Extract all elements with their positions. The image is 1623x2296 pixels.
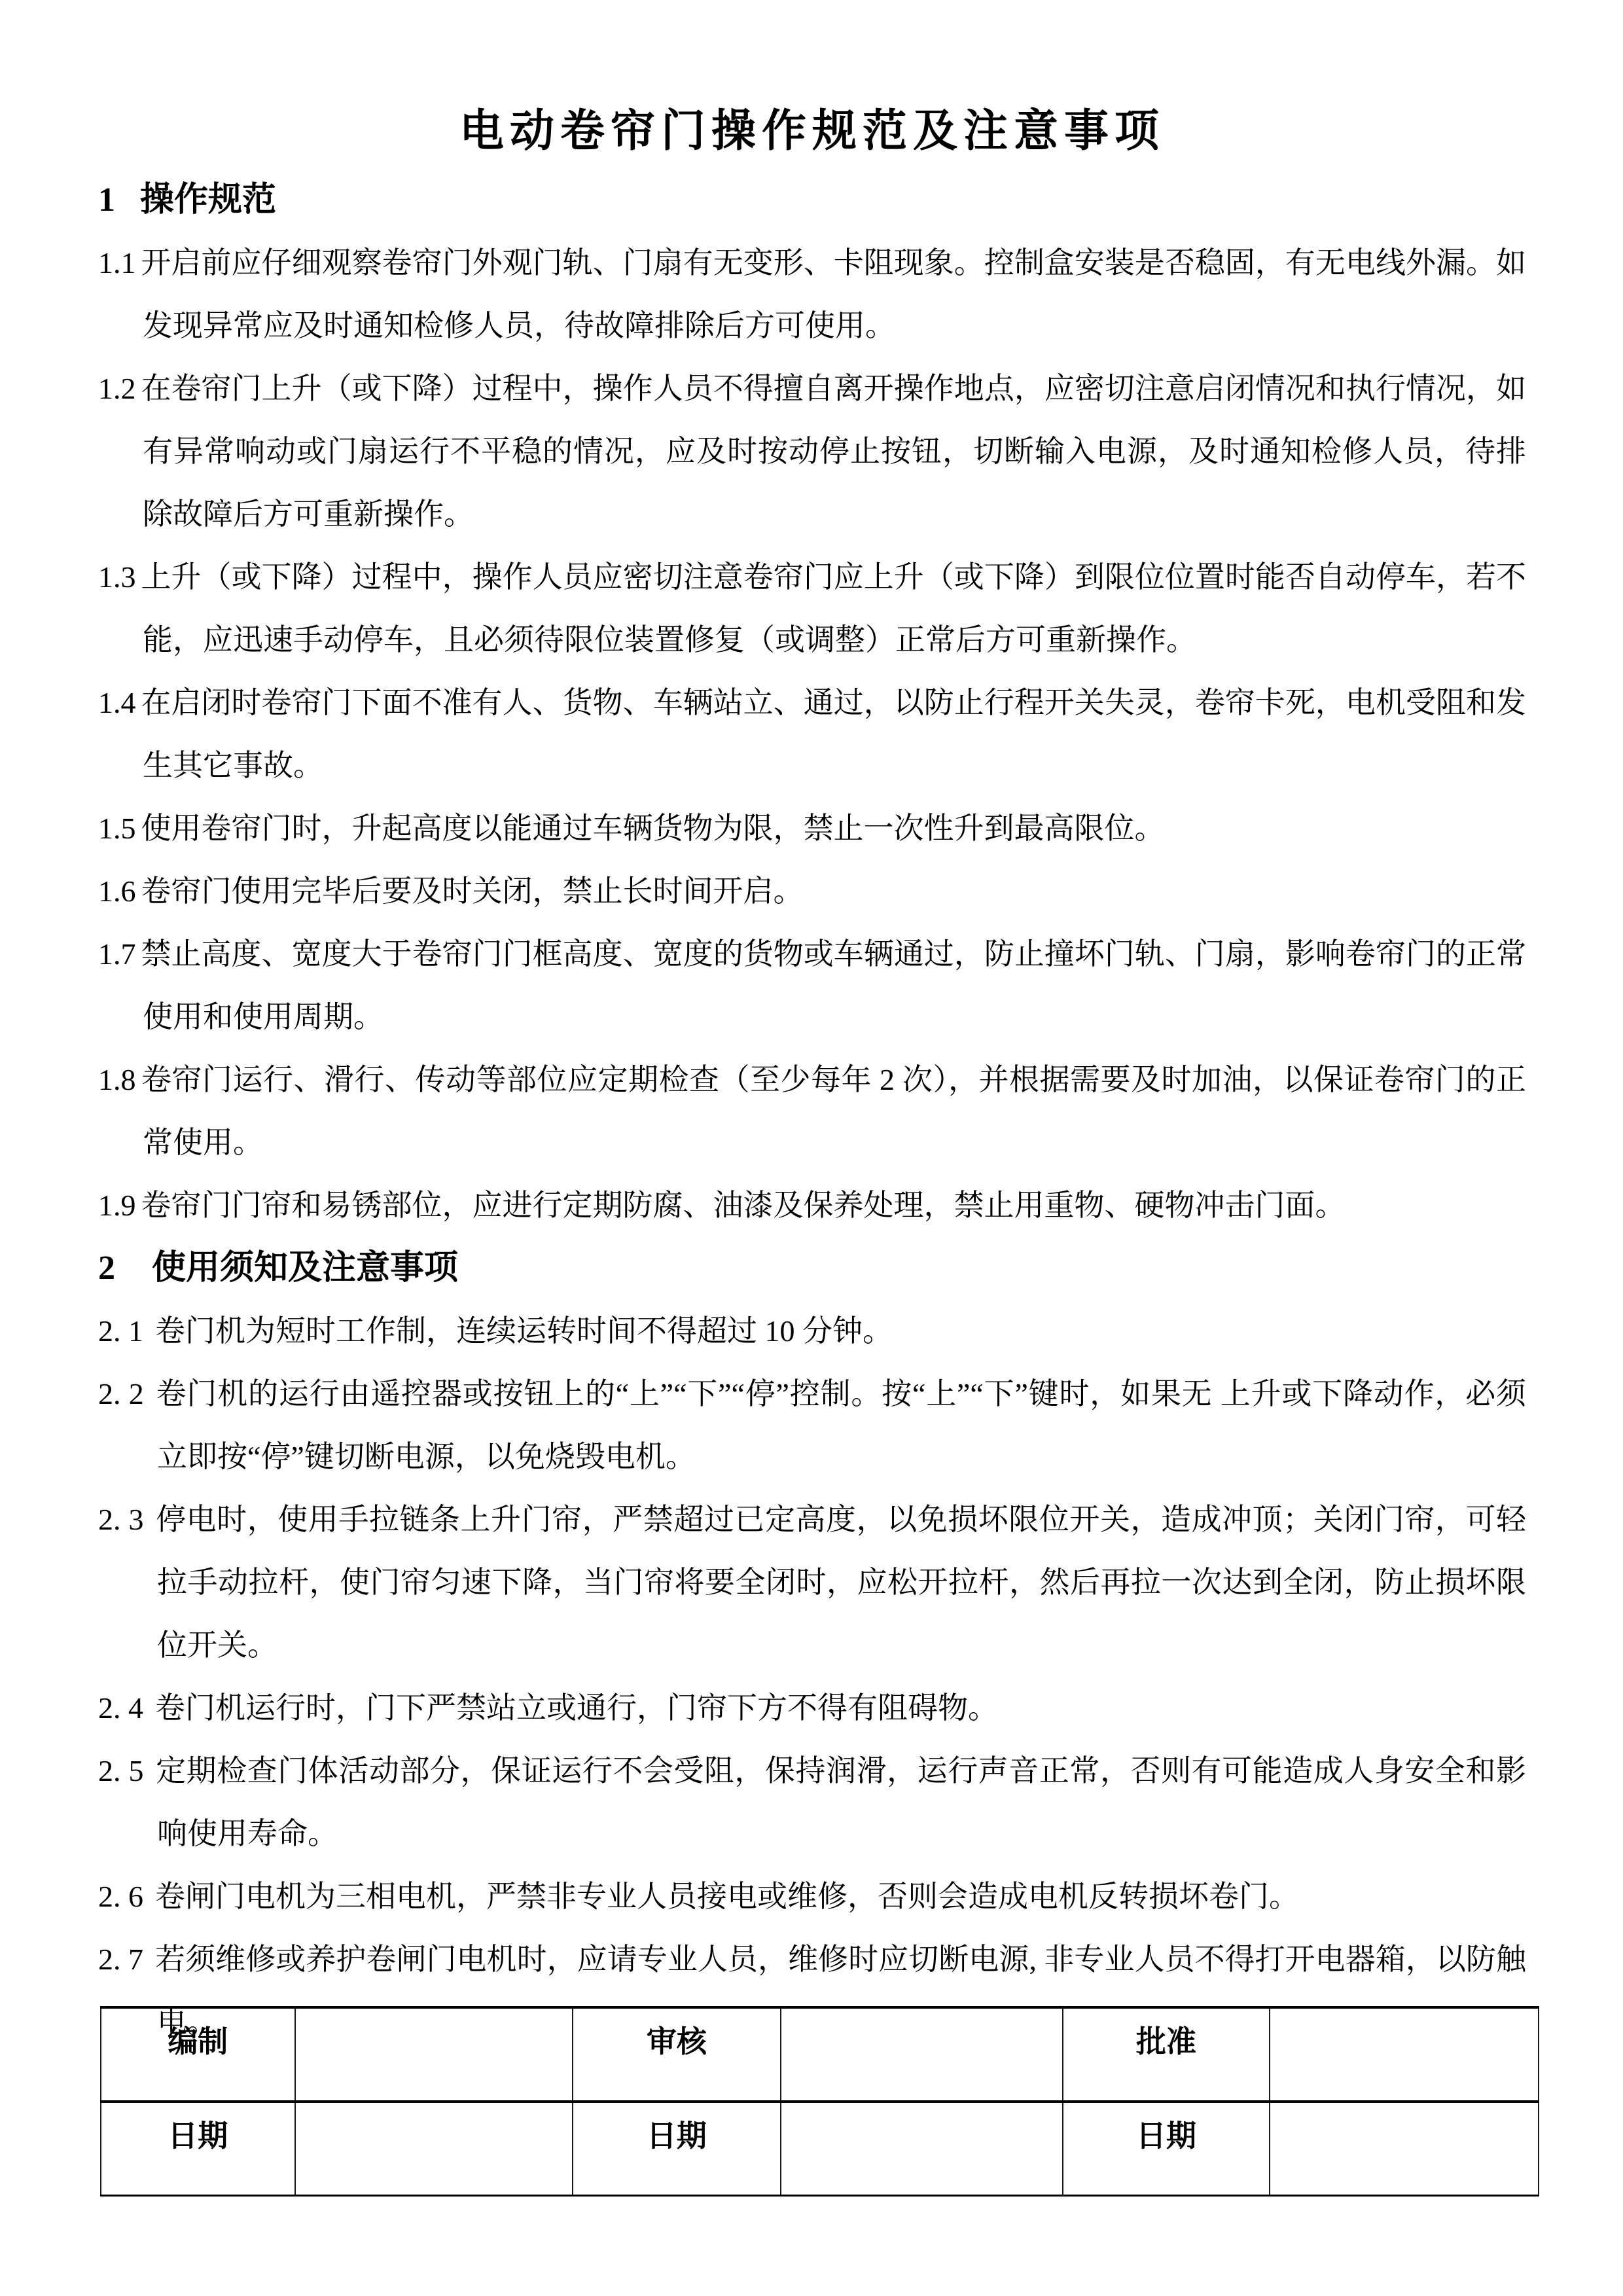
item-number: 2. 6 — [98, 1880, 143, 1913]
item-number: 2. 4 — [98, 1691, 143, 1725]
item-number: 2. 2 — [98, 1377, 144, 1410]
item-number: 1.5 — [98, 812, 136, 845]
list-item-2-3: 2. 3停电时，使用手拉链条上升门帘，严禁超过已定高度，以免损坏限位开关，造成冲… — [98, 1488, 1526, 1677]
signoff-label-date-2: 日期 — [573, 2102, 781, 2196]
section-2-number: 2 — [98, 1237, 115, 1300]
signoff-label-date-1: 日期 — [101, 2102, 295, 2196]
signoff-value-prepared-by — [295, 2007, 573, 2102]
list-item-2-4: 2. 4卷门机运行时，门下严禁站立或通行，门帘下方不得有阻碍物。 — [98, 1677, 1526, 1740]
item-text: 卷门机的运行由遥控器或按钮上的“上”“下”“停”控制。按“上”“下”键时，如果无… — [156, 1377, 1526, 1473]
signoff-value-date-1 — [295, 2102, 573, 2196]
item-number: 2. 7 — [98, 1943, 143, 1976]
list-item-2-5: 2. 5定期检查门体活动部分，保证运行不会受阻，保持润滑，运行声音正常，否则有可… — [98, 1740, 1526, 1865]
list-item-1-7: 1.7禁止高度、宽度大于卷帘门门框高度、宽度的货物或车辆通过，防止撞坏门轨、门扇… — [98, 923, 1526, 1049]
item-number: 2. 1 — [98, 1314, 143, 1348]
item-text: 停电时，使用手拉链条上升门帘，严禁超过已定高度，以免损坏限位开关，造成冲顶；关闭… — [156, 1503, 1526, 1662]
item-number: 1.1 — [98, 246, 136, 279]
signoff-label-reviewed-by: 审核 — [573, 2007, 781, 2102]
item-text: 卷门机为短时工作制，连续运转时间不得超过 10 分钟。 — [155, 1314, 893, 1348]
list-item-2-1: 2. 1卷门机为短时工作制，连续运转时间不得超过 10 分钟。 — [98, 1300, 1526, 1363]
item-text: 定期检查门体活动部分，保证运行不会受阻，保持润滑，运行声音正常，否则有可能造成人… — [156, 1754, 1526, 1850]
item-number: 1.6 — [98, 874, 136, 908]
section-1-heading: 1操作规范 — [98, 169, 1526, 232]
signoff-value-date-3 — [1270, 2102, 1539, 2196]
item-text: 卷闸门电机为三相电机，严禁非专业人员接电或维修，否则会造成电机反转损坏卷门。 — [155, 1880, 1299, 1913]
list-item-1-6: 1.6卷帘门使用完毕后要及时关闭，禁止长时间开启。 — [98, 860, 1526, 923]
item-number: 1.4 — [98, 686, 136, 719]
section-1-number: 1 — [98, 169, 115, 232]
signoff-value-approved-by — [1270, 2007, 1539, 2102]
signoff-row-names: 编制 审核 批准 — [101, 2007, 1539, 2102]
item-text: 禁止高度、宽度大于卷帘门门框高度、宽度的货物或车辆通过，防止撞坏门轨、门扇，影响… — [141, 937, 1527, 1033]
item-text: 上升（或下降）过程中，操作人员应密切注意卷帘门应上升（或下降）到限位位置时能否自… — [141, 560, 1527, 656]
item-text: 开启前应仔细观察卷帘门外观门轨、门扇有无变形、卡阻现象。控制盒安装是否稳固，有无… — [141, 246, 1527, 342]
signoff-label-prepared-by: 编制 — [101, 2007, 295, 2102]
list-item-2-6: 2. 6卷闸门电机为三相电机，严禁非专业人员接电或维修，否则会造成电机反转损坏卷… — [98, 1865, 1526, 1928]
item-number: 1.2 — [98, 372, 136, 405]
signoff-label-approved-by: 批准 — [1063, 2007, 1270, 2102]
item-number: 2. 3 — [98, 1503, 144, 1536]
signoff-table: 编制 审核 批准 日期 日期 日期 — [100, 2006, 1539, 2197]
list-item-2-2: 2. 2卷门机的运行由遥控器或按钮上的“上”“下”“停”控制。按“上”“下”键时… — [98, 1363, 1526, 1488]
item-text: 卷帘门运行、滑行、传动等部位应定期检查（至少每年 2 次），并根据需要及时加油，… — [141, 1063, 1527, 1159]
item-number: 1.7 — [98, 937, 136, 971]
item-text: 卷帘门使用完毕后要及时关闭，禁止长时间开启。 — [141, 874, 804, 908]
section-2-heading: 2使用须知及注意事项 — [98, 1237, 1526, 1300]
list-item-1-8: 1.8卷帘门运行、滑行、传动等部位应定期检查（至少每年 2 次），并根据需要及时… — [98, 1049, 1526, 1174]
list-item-1-3: 1.3上升（或下降）过程中，操作人员应密切注意卷帘门应上升（或下降）到限位位置时… — [98, 546, 1526, 672]
list-item-1-9: 1.9卷帘门门帘和易锈部位，应进行定期防腐、油漆及保养处理，禁止用重物、硬物冲击… — [98, 1174, 1526, 1237]
item-text: 卷门机运行时，门下严禁站立或通行，门帘下方不得有阻碍物。 — [155, 1691, 998, 1725]
section-1-title: 操作规范 — [140, 181, 276, 219]
signoff-row-dates: 日期 日期 日期 — [101, 2102, 1539, 2196]
item-text: 在卷帘门上升（或下降）过程中，操作人员不得擅自离开操作地点，应密切注意启闭情况和… — [141, 372, 1527, 531]
list-item-1-4: 1.4在启闭时卷帘门下面不准有人、货物、车辆站立、通过，以防止行程开关失灵，卷帘… — [98, 672, 1526, 797]
list-item-1-5: 1.5使用卷帘门时，升起高度以能通过车辆货物为限，禁止一次性升到最高限位。 — [98, 797, 1526, 860]
signoff-value-reviewed-by — [781, 2007, 1063, 2102]
item-text: 在启闭时卷帘门下面不准有人、货物、车辆站立、通过，以防止行程开关失灵，卷帘卡死，… — [141, 686, 1527, 782]
item-text: 卷帘门门帘和易锈部位，应进行定期防腐、油漆及保养处理，禁止用重物、硬物冲击门面。 — [141, 1189, 1346, 1222]
document-page: 电动卷帘门操作规范及注意事项 1操作规范 1.1开启前应仔细观察卷帘门外观门轨、… — [0, 0, 1623, 2296]
section-2-title: 使用须知及注意事项 — [152, 1249, 458, 1287]
item-text: 使用卷帘门时，升起高度以能通过车辆货物为限，禁止一次性升到最高限位。 — [141, 812, 1165, 845]
page-title: 电动卷帘门操作规范及注意事项 — [98, 105, 1526, 157]
item-number: 1.9 — [98, 1189, 136, 1222]
list-item-1-2: 1.2在卷帘门上升（或下降）过程中，操作人员不得擅自离开操作地点，应密切注意启闭… — [98, 357, 1526, 546]
item-number: 1.8 — [98, 1063, 136, 1096]
item-number: 1.3 — [98, 560, 136, 594]
signoff-label-date-3: 日期 — [1063, 2102, 1270, 2196]
list-item-1-1: 1.1开启前应仔细观察卷帘门外观门轨、门扇有无变形、卡阻现象。控制盒安装是否稳固… — [98, 232, 1526, 357]
item-number: 2. 5 — [98, 1754, 144, 1787]
signoff-value-date-2 — [781, 2102, 1063, 2196]
